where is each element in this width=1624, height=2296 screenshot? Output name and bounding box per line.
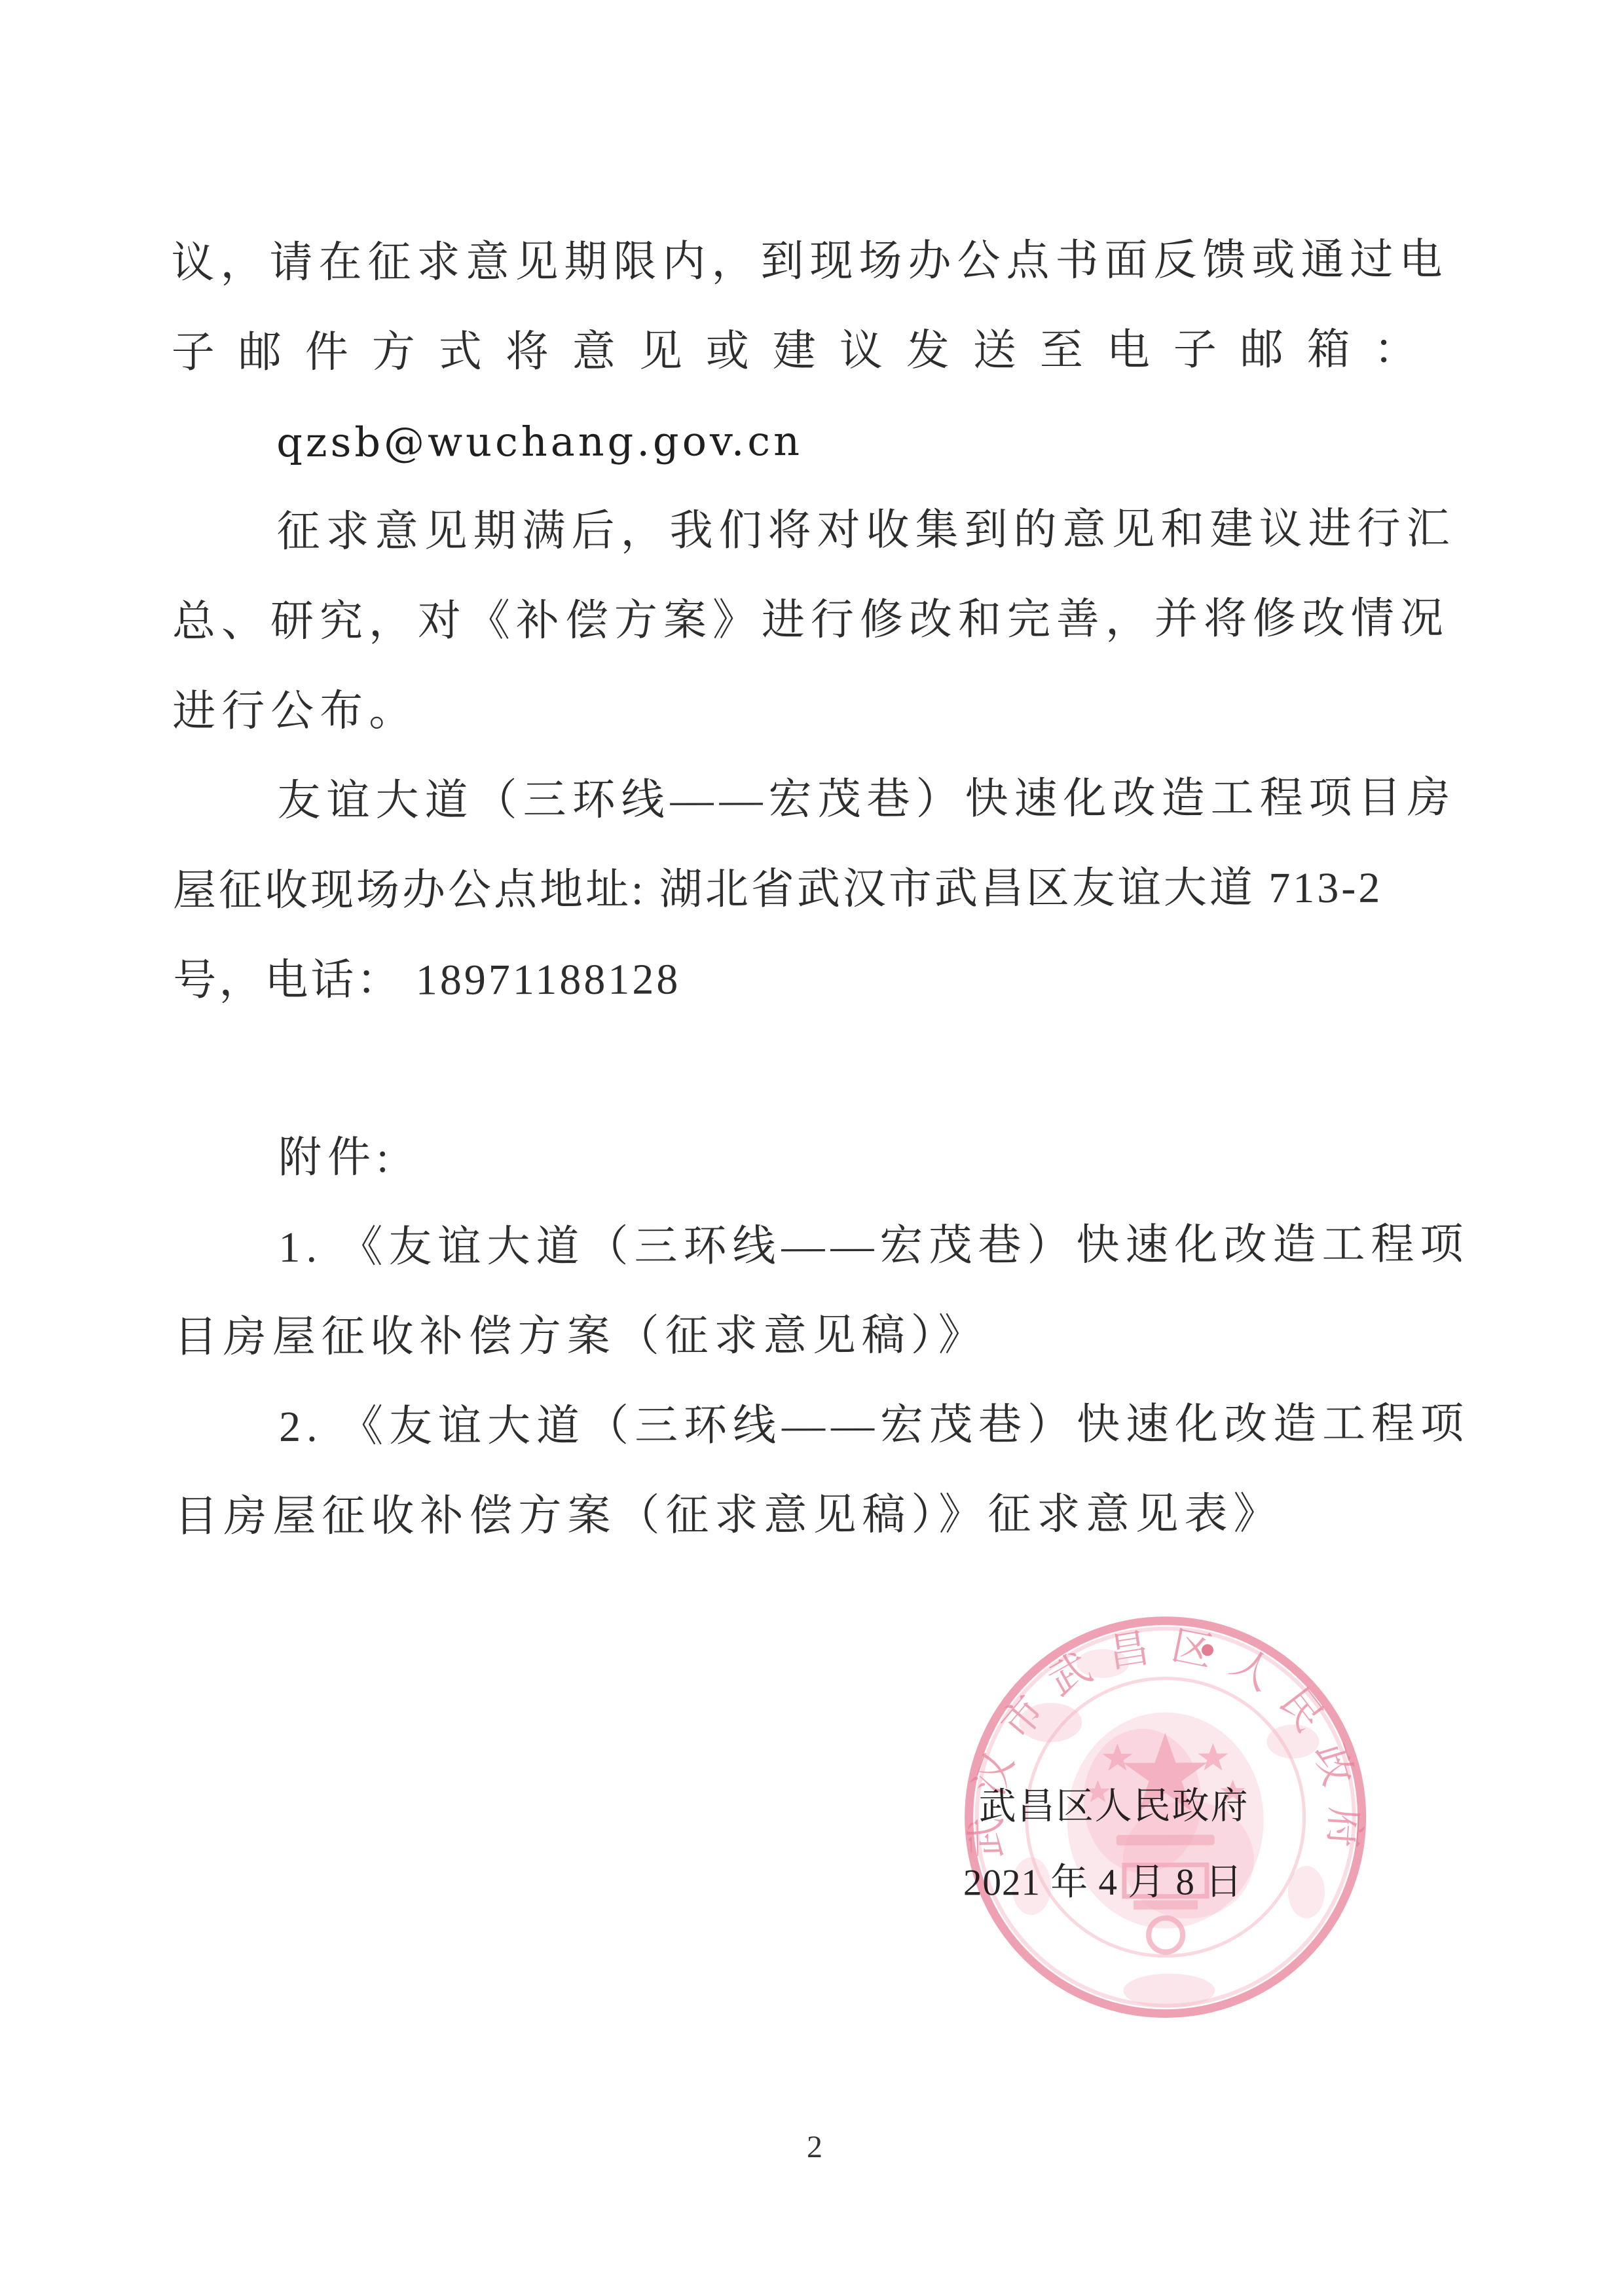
attachment1-line2: 目房屋征收补偿方案（征求意见稿）》 [174, 1289, 1452, 1382]
body-text: 议，请在征求意见期限内，到现场办公点书面反馈或通过电 子邮件方式将意见或建议发送… [171, 215, 1452, 1561]
attachment1-line1: 1. 《友谊大道（三环线——宏茂巷）快速化改造工程项 [174, 1199, 1452, 1292]
attachments-label: 附件: [174, 1110, 1452, 1203]
scanned-content: 议，请在征求意见期限内，到现场办公点书面反馈或通过电 子邮件方式将意见或建议发送… [0, 0, 1624, 2296]
attachment2-line2: 目房屋征收补偿方案（征求意见稿）》征求意见表》 [174, 1468, 1452, 1561]
paragraph3-line2: 屋征收现场办公点地址: 湖北省武汉市武昌区友谊大道 713-2 [173, 843, 1451, 936]
official-seal: 武汉市武昌区人民政府 [952, 1604, 1379, 2031]
paragraph2-line2: 总、研究，对《补偿方案》进行修改和完善，并将修改情况 [172, 574, 1450, 666]
page-number: 2 [3, 2127, 1624, 2167]
email-address: qzsb@wuchang.gov.cn [172, 394, 1450, 487]
paragraph3-line1: 友谊大道（三环线——宏茂巷）快速化改造工程项目房 [172, 753, 1450, 846]
paragraph1-line2: 子邮件方式将意见或建议发送至电子邮箱： [172, 304, 1450, 397]
document-page: 议，请在征求意见期限内，到现场办公点书面反馈或通过电 子邮件方式将意见或建议发送… [0, 0, 1624, 2296]
paragraph2-line3: 进行公布。 [172, 663, 1450, 756]
national-emblem [1067, 1712, 1264, 1952]
attachment2-line1: 2. 《友谊大道（三环线——宏茂巷）快速化改造工程项 [174, 1379, 1452, 1472]
paragraph3-line3: 号，电话： 18971188128 [173, 932, 1451, 1025]
paragraph2-line1: 征求意见期满后，我们将对收集到的意见和建议进行汇 [172, 484, 1450, 577]
paragraph1-line1: 议，请在征求意见期限内，到现场办公点书面反馈或通过电 [171, 215, 1449, 308]
blank-gap [174, 1022, 1452, 1113]
